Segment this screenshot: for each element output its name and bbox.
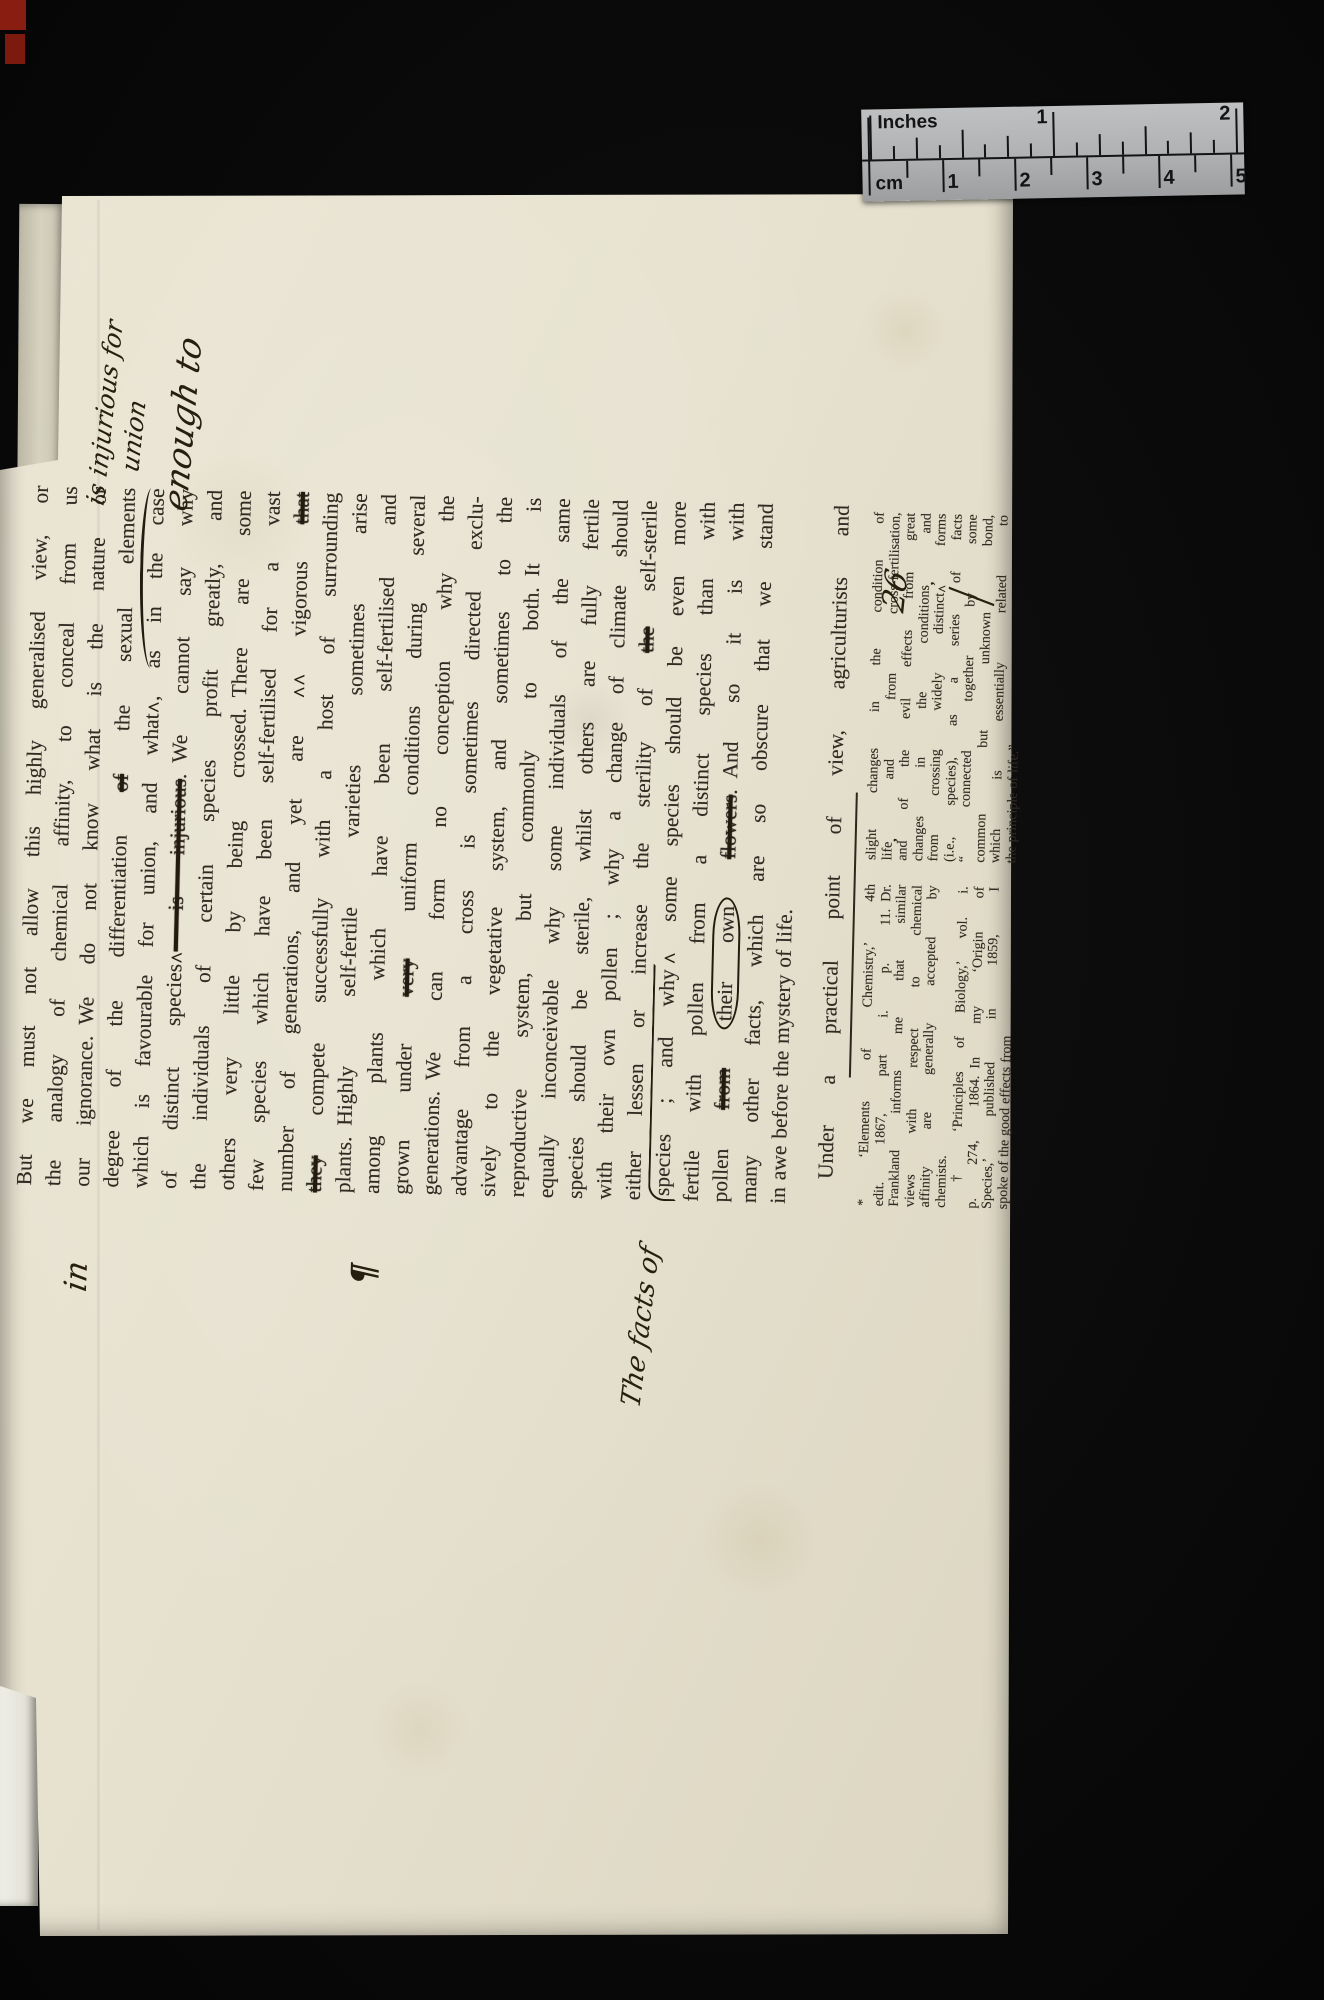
footnote-separator-rule [849,793,858,1078]
ruler-inches-label: Inches [877,111,938,134]
proof-correction-mark: as in the case [138,488,169,668]
text-segment: grown under [389,996,418,1194]
text-segment: of distinct species [157,964,186,1190]
ruler-cm-tick [978,159,980,176]
ruler-cm-tick [1230,155,1233,187]
ruler-inch-tick [938,145,940,158]
ruler-cm-tick [1086,157,1089,189]
ruler-inch-tick [1144,126,1147,154]
photograph-background: { "ruler": { "inches_label": "Inches", "… [0,0,1324,2000]
text-segment: , [140,668,165,701]
ruler-cm-number: 2 [1019,169,1031,192]
text-segment: Under a practical point of view, agricul… [813,505,853,1179]
ruler-cm-tick [942,160,945,192]
ruler-cm-tick [1158,156,1161,188]
ruler-inch-tick [1007,136,1009,157]
proof-correction-mark: of [109,774,133,793]
ruler-cm-number: 1 [947,171,959,194]
text-segment: pollen [708,1109,734,1202]
proof-correction-mark: the [634,626,659,653]
text-segment: chemists. [933,1155,949,1208]
text-segment: the principle of life.” [1004,744,1022,863]
ruler-cm-number: 5 [1235,165,1247,188]
red-marker-chip [0,0,26,30]
photographic-scale-ruler: Inches cm 1212345 [861,102,1245,201]
ruler-cm-number: 3 [1091,168,1103,191]
ruler-inch-tick [869,115,872,159]
ruler-cm-tick [906,161,908,178]
ruler-inch-tick [893,146,895,159]
proof-correction-mark: ^ [166,951,190,964]
ruler-inch-tick [961,130,964,158]
proof-correction-mark: they [302,1155,327,1193]
text-segment: forms [933,513,950,585]
proof-correction-mark: ^ [144,701,168,714]
ruler-inch-tick [1052,112,1055,156]
ruler-cm-number: 4 [1163,167,1175,190]
text-segment: in awe before the mystery of life. [766,909,797,1204]
text-segment: spoke of the good effects from [995,1035,1014,1209]
proof-correction-mark: is injurious [163,779,191,952]
proof-correction-mark: their own [710,898,741,1030]
ruler-cm-tick [1050,158,1052,175]
handwritten-note-in: in [58,1258,95,1294]
text-segment: . And so it is with [718,502,749,795]
ruler-inch-tick [1213,140,1215,153]
ruler-cm-tick [1122,157,1124,174]
proof-correction-mark: flowers [716,794,742,859]
ruler-inch-tick [1076,143,1078,156]
body-paragraph: But we must not allow this highly genera… [10,485,810,1204]
footnote-column-left: * ‘Elements of Chemistry,’ 4thedit. 1867… [856,884,1019,1210]
text-segment: vigorous [286,524,314,674]
proof-correction-mark: very [394,958,419,997]
ruler-inch-number: 1 [1036,106,1048,129]
proof-correction-mark: from [710,1068,735,1110]
proof-correction-mark: that [289,492,314,525]
ruler-cm-tick [1194,155,1196,172]
text-segment: self-sterile [635,500,662,627]
text-segment [715,859,740,898]
proof-correction-mark: species ; and why [648,964,682,1201]
text-segment: and [918,513,935,582]
red-marker-chip [5,34,25,64]
proof-correction-mark: ^^ [289,673,314,699]
text-segment: the sexual elements [109,487,140,774]
ruler-inch-tick [984,144,986,157]
footnote-block: * ‘Elements of Chemistry,’ 4thedit. 1867… [856,506,1028,1210]
new-paragraph: Under a practical point of view, agricul… [811,505,857,1205]
ruler-cm-tick [1014,159,1017,191]
ruler-inch-tick [1121,142,1123,155]
text-segment [711,1029,736,1068]
printed-text-block: But we must not allow this highly genera… [10,485,1028,1209]
printed-line: Under a practical point of view, agricul… [811,505,857,1205]
proof-correction-mark: ^ [660,952,684,965]
handwritten-paragraph-mark: ¶ [344,1262,385,1285]
ruler-inch-tick [915,138,917,159]
footnote-column-right: slight changes in the condition oflife, … [864,512,1027,864]
ruler-inch-tick [1030,143,1032,156]
text-segment: . We cannot say why [167,489,198,779]
text-segment: life [880,842,895,861]
ruler-inch-tick [1235,108,1238,152]
ruler-inch-number: 2 [1219,103,1231,126]
ruler-inch-tick [1098,134,1100,155]
ruler-cm-label: cm [875,173,903,196]
ruler-inch-tick [1190,132,1192,153]
ruler-inch-tick [1167,141,1169,154]
